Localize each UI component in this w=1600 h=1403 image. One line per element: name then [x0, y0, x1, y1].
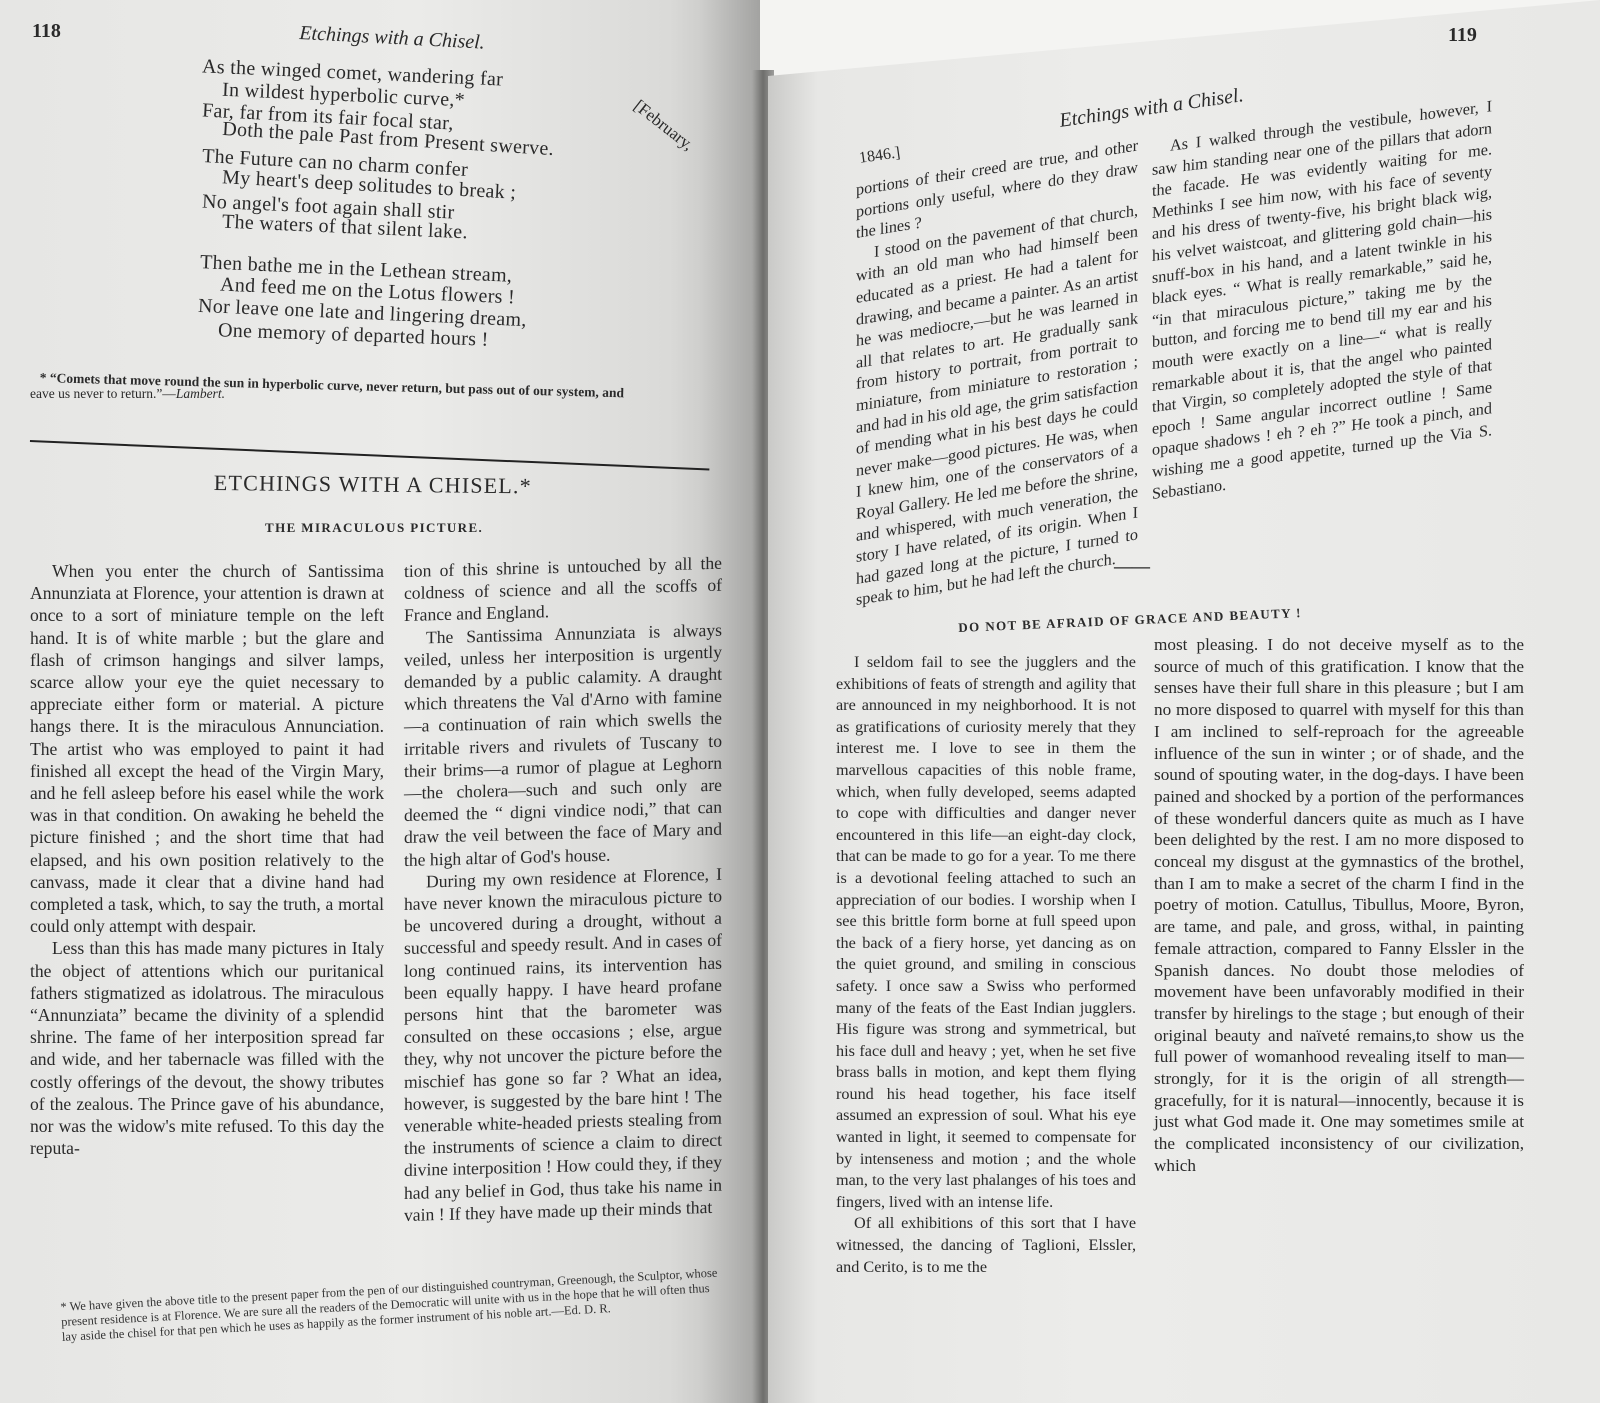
side-date: 1846.] [858, 144, 901, 168]
article-title: DO NOT BE AFRAID OF GRACE AND BEAUTY ! [958, 605, 1302, 636]
paragraph: When you enter the church of Santissima … [30, 560, 384, 937]
paragraph: Of all exhibitions of this sort that I h… [836, 1213, 1136, 1278]
right-column-1: portions of their creed are true, and ot… [856, 135, 1138, 612]
paragraph: tion of this shrine is untouched by all … [404, 552, 722, 627]
right-column-4: most pleasing. I do not deceive myself a… [1154, 634, 1524, 1177]
right-column-2: As I walked through the vestibule, howev… [1152, 96, 1492, 505]
left-column-2: tion of this shrine is untouched by all … [404, 552, 722, 1226]
left-column-1: When you enter the church of Santissima … [30, 560, 384, 1159]
section-rule [30, 440, 709, 470]
article-subtitle: THE MIRACULOUS PICTURE. [265, 520, 483, 536]
right-page: 119 Etchings with a Chisel. 1846.] porti… [768, 0, 1600, 1403]
poem-footnote-line2: eave us never to return.”—Lambert. [30, 386, 225, 402]
paragraph: Less than this has made many pictures in… [30, 937, 384, 1159]
paragraph: During my own residence at Florence, I h… [404, 863, 722, 1227]
poem-footnote-author: Lambert. [176, 386, 225, 401]
section-divider: —— [1114, 556, 1150, 577]
side-date: [February, [630, 96, 698, 155]
page-number: 118 [32, 20, 61, 43]
paragraph: I stood on the pavement of that church, … [856, 200, 1138, 612]
running-head: Etchings with a Chisel. [299, 22, 486, 55]
left-page: 118 Etchings with a Chisel. [February, A… [0, 0, 760, 1403]
right-column-3: I seldom fail to see the jugglers and th… [836, 652, 1136, 1278]
paragraph: I seldom fail to see the jugglers and th… [836, 652, 1136, 1213]
running-head: Etchings with a Chisel. [1058, 84, 1245, 133]
paragraph: The Santissima Annunziata is always veil… [404, 618, 722, 871]
page-number: 119 [1448, 24, 1477, 47]
poem-footnote-text: eave us never to return.”— [30, 386, 176, 401]
paragraph: most pleasing. I do not deceive myself a… [1154, 634, 1524, 1177]
article-title: ETCHINGS WITH A CHISEL.* [214, 470, 532, 499]
paragraph: As I walked through the vestibule, howev… [1152, 96, 1492, 505]
open-book-spread: 118 Etchings with a Chisel. [February, A… [0, 0, 1600, 1403]
article-footnote: * We have given the above title to the p… [60, 1265, 721, 1344]
